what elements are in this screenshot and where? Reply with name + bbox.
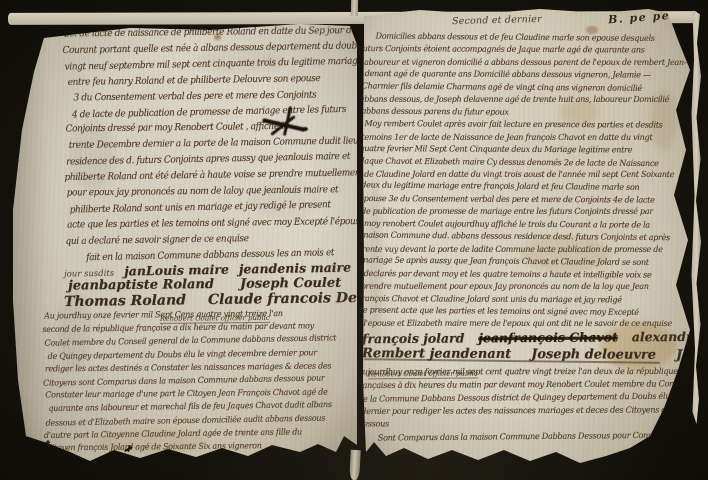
binding-fold-top [351,0,358,16]
page-edge-shading [13,19,357,465]
under-sheet-right-edge [691,10,701,424]
paper-stain [660,416,700,446]
manuscript-scan: 2e. de lacte de naissance de philiberte … [0,0,708,480]
binding-fold-bottom [349,450,361,480]
page-edge-shading [363,9,690,463]
